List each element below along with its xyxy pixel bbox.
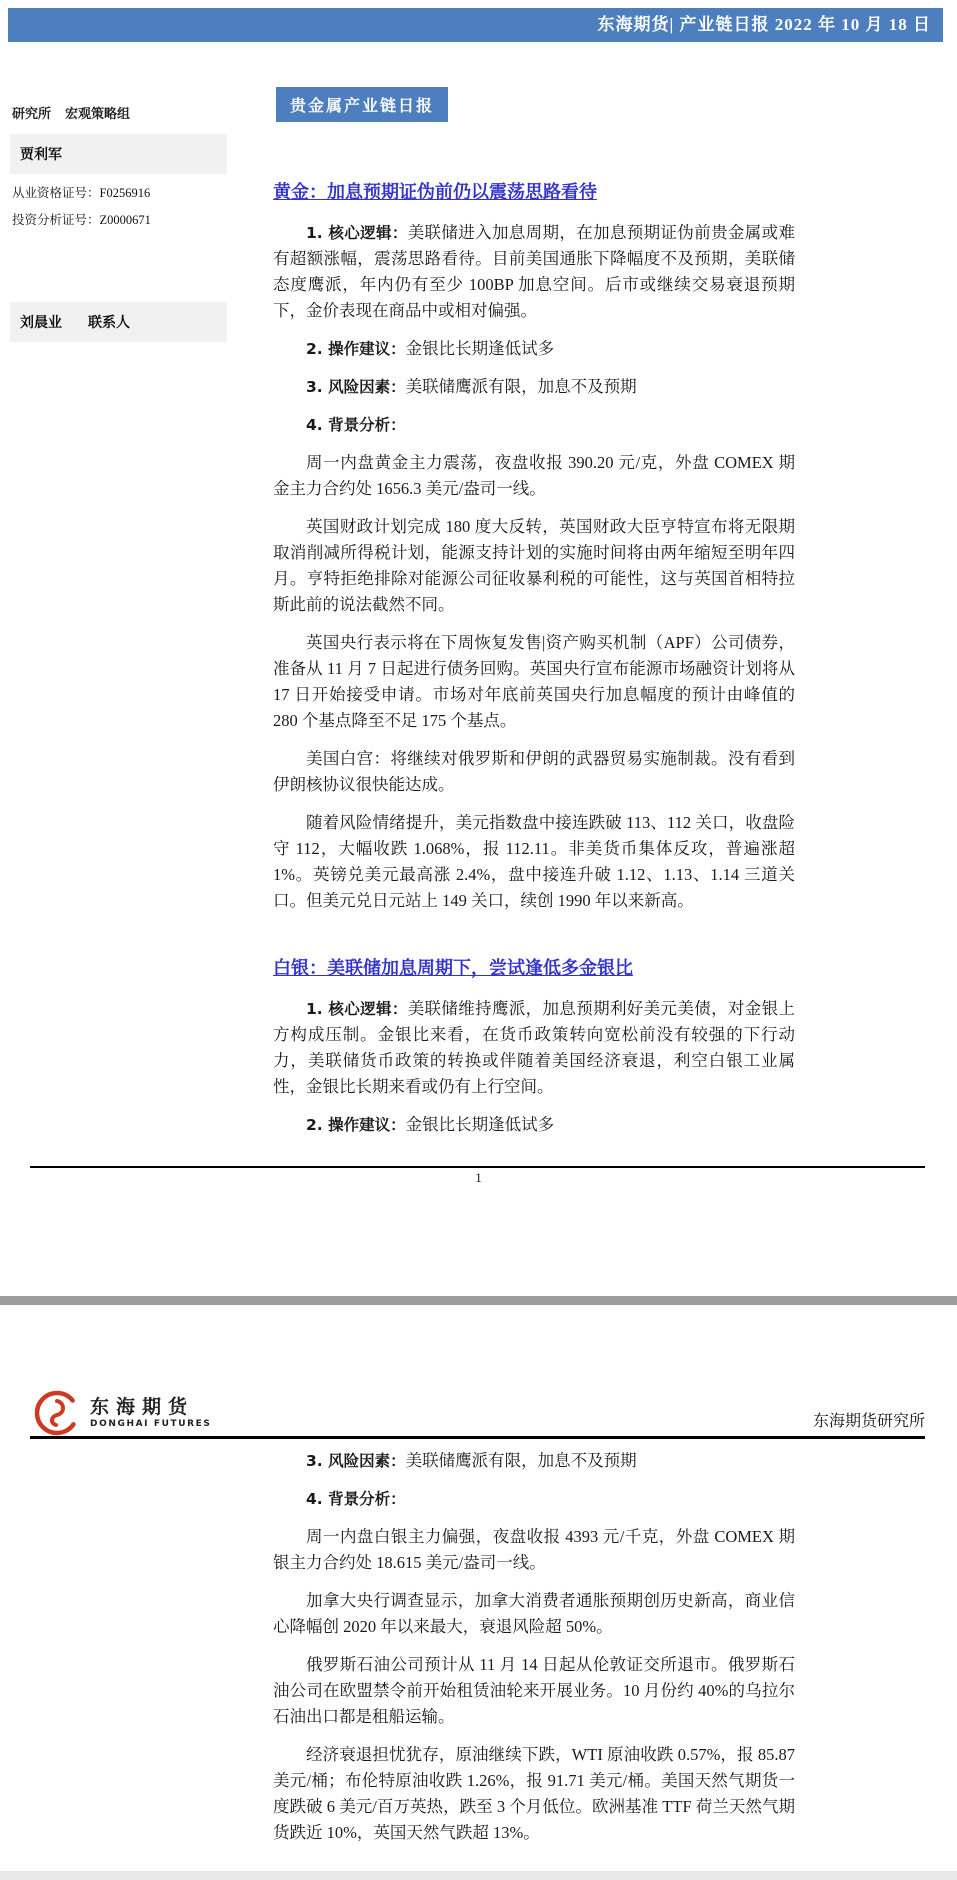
silver-item-advice-label: 2. 操作建议： (306, 1116, 406, 1134)
gold-bg-paragraph-4: 美国白宫：将继续对俄罗斯和伊朗的武器贸易实施制裁。没有看到伊朗核协议很快能达成。 (273, 746, 795, 798)
gold-item-background: 4. 背景分析： (273, 412, 795, 438)
bottom-strip (0, 1871, 957, 1880)
gold-bg-paragraph-5: 随着风险情绪提升，美元指数盘中接连跌破 113、112 关口，收盘险守 112，… (273, 810, 795, 914)
gold-section-heading[interactable]: 黄金：加息预期证伪前仍以震荡思路看待 (273, 180, 795, 204)
silver-item-background-label: 4. 背景分析： (306, 1490, 406, 1508)
gold-bg-paragraph-3: 英国央行表示将在下周恢复发售|资产购买机制（APF）公司债券，准备从 11 月 … (273, 630, 795, 734)
silver-item-advice: 2. 操作建议：金银比长期逢低试多 (273, 1112, 795, 1138)
gold-bg-paragraph-2: 英国财政计划完成 180 度大反转，英国财政大臣亨特宣布将无限期取消削减所得税计… (273, 514, 795, 618)
analyst-name: 贾利军 (20, 148, 62, 163)
sidebar: 研究所宏观策略组 贾利军 从业资格证号：F0256916 投资分析证号：Z000… (10, 103, 227, 342)
page1-content: 黄金：加息预期证伪前仍以震荡思路看待 1. 核心逻辑：美联储进入加息周期，在加息… (273, 180, 795, 1150)
company-logo: 东海期货 DONGHAI FUTURES (32, 1388, 211, 1438)
logo-en-text: DONGHAI FUTURES (90, 1418, 211, 1430)
silver-item-risk-label: 3. 风险因素： (306, 1452, 406, 1470)
page-separator (0, 1296, 957, 1305)
silver-item-core-logic-label: 1. 核心逻辑： (306, 1000, 408, 1018)
contact-role: 联系人 (88, 316, 130, 331)
silver-bg-paragraph-3: 俄罗斯石油公司预计从 11 月 14 日起从伦敦证交所退市。俄罗斯石油公司在欧盟… (273, 1652, 795, 1730)
silver-section-heading[interactable]: 白银：美联储加息周期下，尝试逢低多金银比 (273, 956, 795, 980)
gold-item-advice-text: 金银比长期逢低试多 (406, 339, 555, 358)
silver-item-advice-text: 金银比长期逢低试多 (406, 1115, 555, 1134)
gold-bg-paragraph-1: 周一内盘黄金主力震荡，夜盘收报 390.20 元/克，外盘 COMEX 期金主力… (273, 450, 795, 502)
gold-item-core-logic: 1. 核心逻辑：美联储进入加息周期，在加息预期证伪前贵金属或难有超额涨幅，震荡思… (273, 220, 795, 324)
report-title-box: 贵金属产业链日报 (276, 87, 448, 122)
silver-item-core-logic: 1. 核心逻辑：美联储维持鹰派，加息预期利好美元美债，对金银上方构成压制。金银比… (273, 996, 795, 1100)
gold-item-risk-label: 3. 风险因素： (306, 378, 406, 396)
contact-card: 刘晨业联系人 (10, 302, 227, 342)
silver-item-risk-text: 美联储鹰派有限，加息不及预期 (406, 1451, 637, 1470)
analyst-cert-1: 从业资格证号：F0256916 (10, 183, 227, 201)
sidebar-header: 研究所宏观策略组 (10, 103, 227, 122)
silver-bg-paragraph-4: 经济衰退担忧犹存，原油继续下跌，WTI 原油收跌 0.57%，报 85.87 美… (273, 1742, 795, 1846)
logo-text: 东海期货 DONGHAI FUTURES (90, 1396, 211, 1430)
gold-item-risk-text: 美联储鹰派有限，加息不及预期 (406, 377, 637, 396)
sidebar-dept: 研究所 (12, 106, 51, 121)
gold-item-background-label: 4. 背景分析： (306, 416, 406, 434)
page2-content: 3. 风险因素：美联储鹰派有限，加息不及预期 4. 背景分析： 周一内盘白银主力… (273, 1448, 795, 1858)
silver-item-risk: 3. 风险因素：美联储鹰派有限，加息不及预期 (273, 1448, 795, 1474)
analyst-card: 贾利军 (10, 134, 227, 174)
page1-footer-rule (30, 1166, 925, 1168)
page2-header-title: 东海期货研究所 (813, 1408, 925, 1431)
sidebar-group: 宏观策略组 (65, 106, 130, 121)
page2-header-rule (30, 1436, 925, 1439)
gold-item-advice: 2. 操作建议：金银比长期逢低试多 (273, 336, 795, 362)
silver-bg-paragraph-1: 周一内盘白银主力偏强，夜盘收报 4393 元/千克，外盘 COMEX 期银主力合… (273, 1524, 795, 1576)
contact-name: 刘晨业 (20, 316, 62, 331)
gold-item-risk: 3. 风险因素：美联储鹰派有限，加息不及预期 (273, 374, 795, 400)
banner-title: 东海期货| 产业链日报 2022 年 10 月 18 日 (598, 15, 932, 34)
silver-item-background: 4. 背景分析： (273, 1486, 795, 1512)
report-banner: 东海期货| 产业链日报 2022 年 10 月 18 日 (8, 8, 943, 42)
gold-item-advice-label: 2. 操作建议： (306, 340, 406, 358)
gold-item-core-logic-label: 1. 核心逻辑： (306, 224, 408, 242)
page-number: 1 (0, 1170, 957, 1186)
logo-cn-text: 东海期货 (90, 1396, 211, 1418)
silver-bg-paragraph-2: 加拿大央行调查显示，加拿大消费者通胀预期创历史新高，商业信心降幅创 2020 年… (273, 1588, 795, 1640)
report-title: 贵金属产业链日报 (290, 98, 434, 115)
donghai-logo-icon (32, 1388, 82, 1438)
analyst-cert-2: 投资分析证号：Z0000671 (10, 210, 227, 228)
